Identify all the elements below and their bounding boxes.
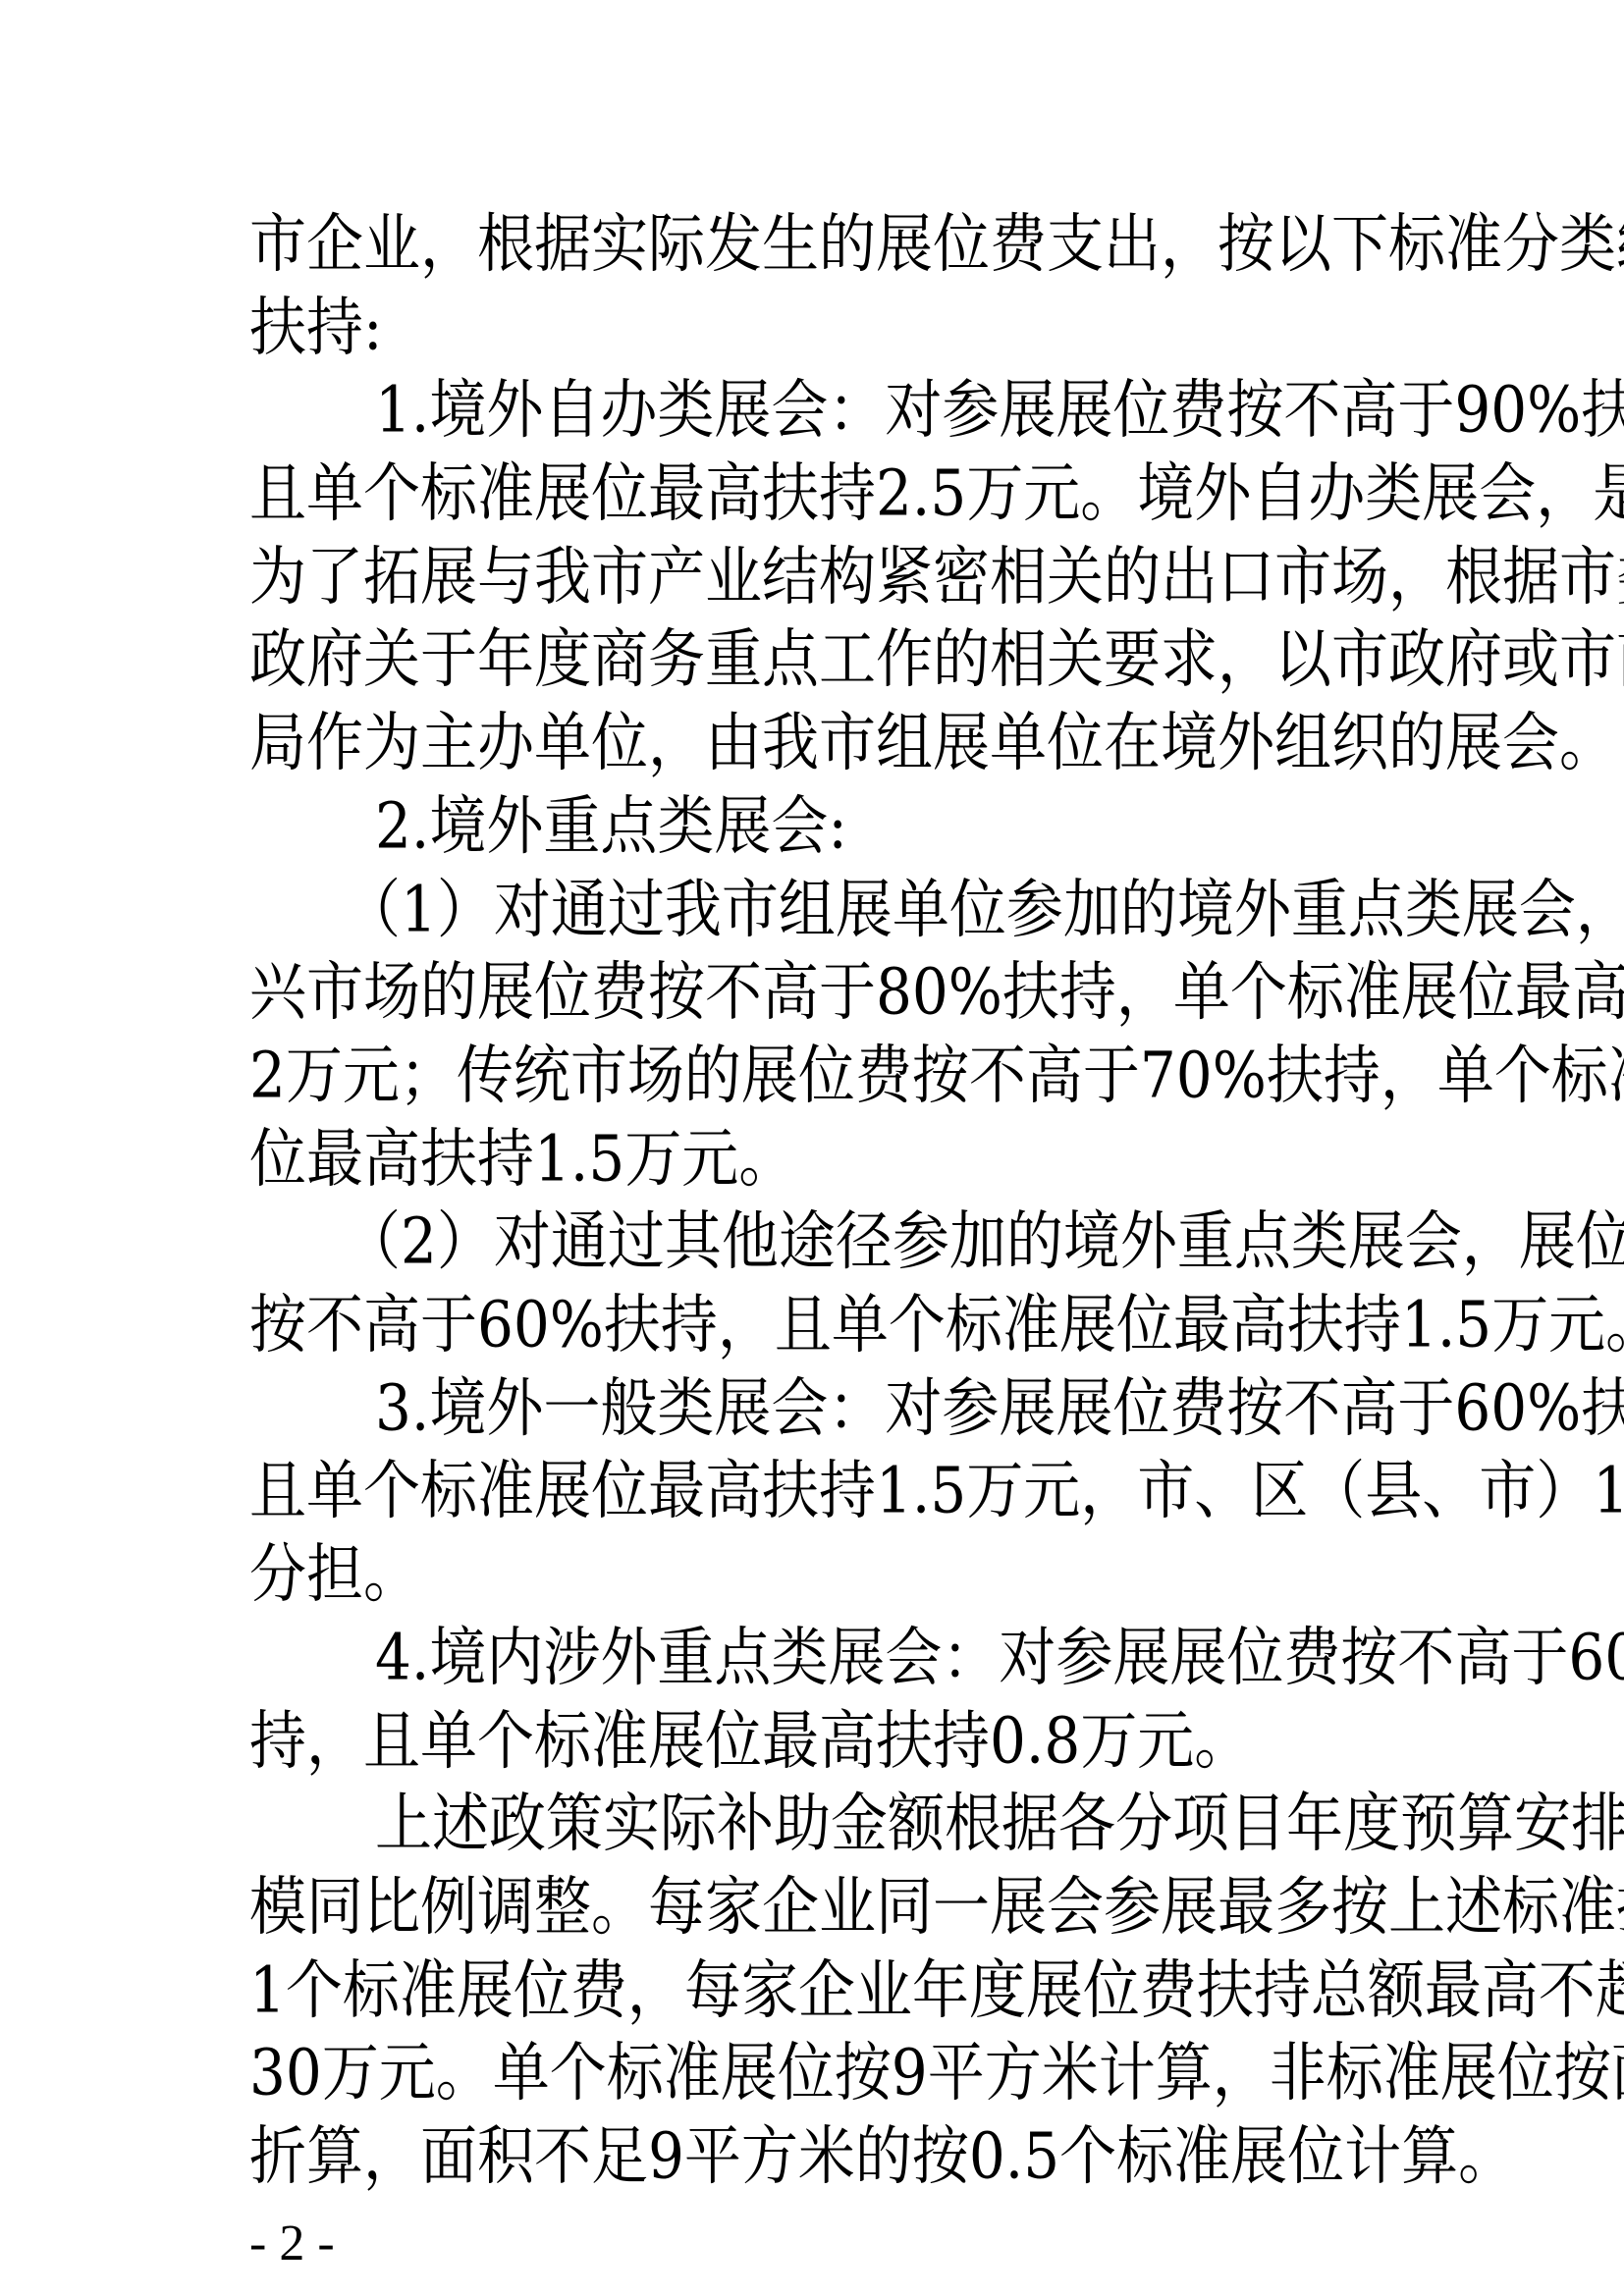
text-line: 且单个标准展位最高扶持2.5万元。境外自办类展会，是指 [249, 449, 1388, 537]
text-line: 扶持: [249, 283, 1388, 371]
text-line: 局作为主办单位，由我市组展单位在境外组织的展会。 [249, 698, 1388, 786]
text-line: 2万元；传统市场的展位费按不高于70%扶持，单个标准展 [249, 1031, 1388, 1119]
text-line: 3.境外一般类展会：对参展展位费按不高于60%扶持， [375, 1363, 1388, 1452]
text-line: 位最高扶持1.5万元。 [249, 1114, 1388, 1202]
page-number: - 2 - [249, 2209, 335, 2279]
text-line: 兴市场的展位费按不高于80%扶持，单个标准展位最高扶持 [249, 947, 1388, 1036]
text-line: 持，且单个标准展位最高扶持0.8万元。 [249, 1696, 1388, 1785]
text-line: 政府关于年度商务重点工作的相关要求，以市政府或市商务 [249, 614, 1388, 703]
text-line: 30万元。单个标准展位按9平方米计算，非标准展位按面积 [249, 2028, 1388, 2116]
text-line: 上述政策实际补助金额根据各分项目年度预算安排规 [375, 1779, 1388, 1867]
text-line: 按不高于60%扶持，且单个标准展位最高扶持1.5万元。 [249, 1280, 1388, 1368]
text-line: （1）对通过我市组展单位参加的境外重点类展会，新 [344, 865, 1388, 953]
text-line: 2.境外重点类展会: [375, 781, 1388, 870]
text-line: 市企业，根据实际发生的展位费支出，按以下标准分类给予 [249, 199, 1388, 288]
text-line: 为了拓展与我市产业结构紧密相关的出口市场，根据市委市 [249, 532, 1388, 620]
text-line: 折算，面积不足9平方米的按0.5个标准展位计算。 [249, 2111, 1388, 2200]
text-line: 1个标准展位费，每家企业年度展位费扶持总额最高不超过 [249, 1946, 1388, 2034]
text-line: （2）对通过其他途径参加的境外重点类展会，展位费 [344, 1197, 1388, 1285]
text-line: 分担。 [249, 1529, 1388, 1618]
text-line: 模同比例调整。每家企业同一展会参展最多按上述标准扶持 [249, 1862, 1388, 1950]
text-line: 且单个标准展位最高扶持1.5万元，市、区（县、市）1：1 [249, 1446, 1388, 1534]
text-line: 1.境外自办类展会：对参展展位费按不高于90%扶持， [375, 365, 1388, 454]
text-line: 4.境内涉外重点类展会：对参展展位费按不高于60%扶 [375, 1613, 1388, 1701]
